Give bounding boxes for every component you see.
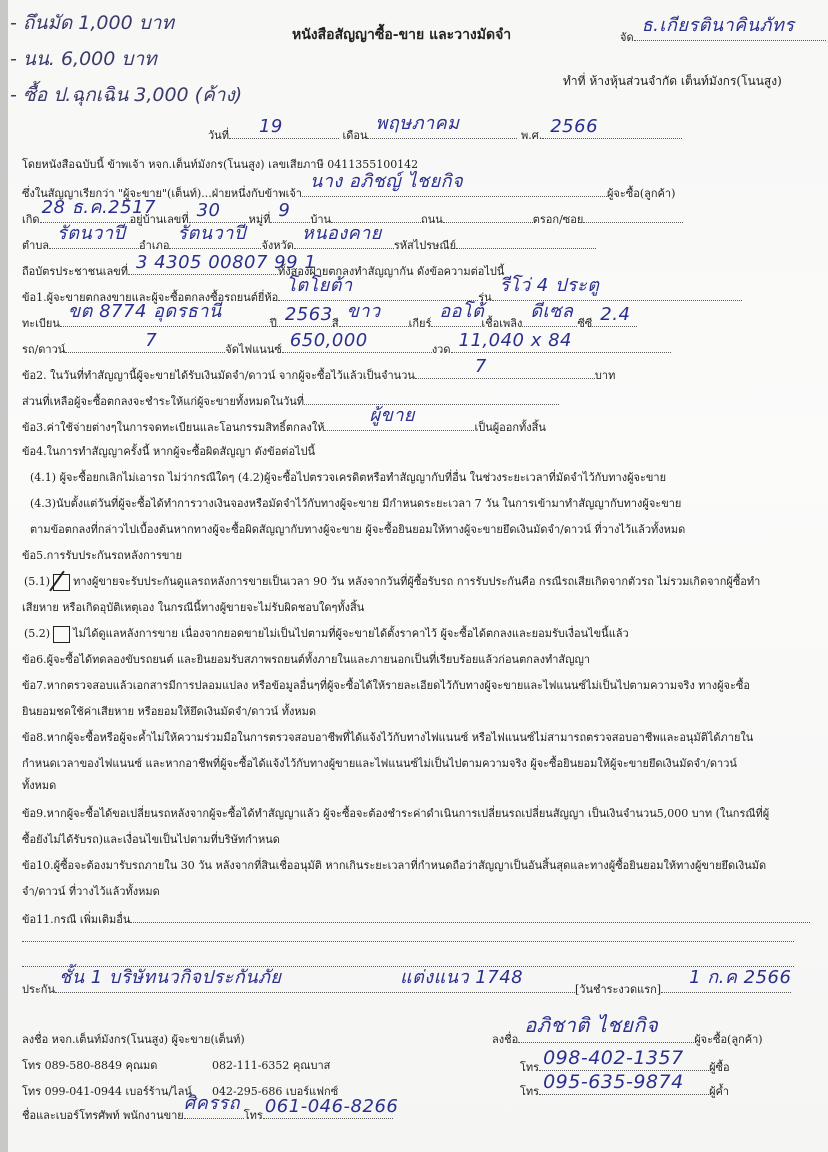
page-edge-shadow <box>0 0 8 1152</box>
clause8c-text: ทั้งหมด <box>22 776 56 794</box>
brand-value: โตโยต้า <box>286 270 352 299</box>
first-payment-label: [วันชำระงวดแรก] <box>575 983 661 996</box>
buyer-signature-row: ลงชื่ออภิชาติ ไชยกิจผู้จะซื้อ(ลูกค้า) <box>492 1028 763 1048</box>
clause5-text: ข้อ5.การรับประกันรถหลังการขาย <box>22 546 182 564</box>
cc-label: ซีซี <box>577 317 592 330</box>
insurance-value: ชั้น 1 บริษัทนวกิจประกันภัย <box>59 962 281 991</box>
clause5-1-text: ทางผู้ขายจะรับประกันดูแลรถหลังการขายเป็น… <box>73 575 760 588</box>
tambon-value: รัตนวาปี <box>57 218 125 247</box>
clause7-text: ข้อ7.หากตรวจสอบแล้วเอกสารมีการปลอมแปลง ห… <box>22 676 750 694</box>
salesperson-label: ชื่อและเบอร์โทรศัพท์ พนักงานขาย <box>22 1109 184 1122</box>
amphoe-value: รัตนวาปี <box>177 218 245 247</box>
margin-note-3: - ซื้อ ป.ฉุกเฉิน 3,000 (ค้าง) <box>10 80 242 110</box>
born-value: 28 ธ.ค.2517 <box>42 192 156 221</box>
road-label: ถนน <box>421 213 443 226</box>
clause9-text: ข้อ9.หากผู้จะซื้อได้ขอเปลี่ยนรถหลังจากผู… <box>22 804 769 822</box>
clause5-2-text: ไม่ได้ดูแลหลังการขาย เนื่องจากยอดขายไม่เ… <box>73 627 629 640</box>
buyer-signature: อภิชาติ ไชยกิจ <box>524 1009 658 1041</box>
address-row-2: ตำบลรัตนวาปีอำเภอรัตนวาปีจังหวัดหนองคายร… <box>22 234 596 254</box>
finance-row: รถ/ดาวน์7จัดไฟแนนซ์650,000งวด11,040 x 84 <box>22 338 671 358</box>
salesperson-row: ชื่อและเบอร์โทรศัพท์ พนักงานขายศิครรถโทร… <box>22 1104 393 1124</box>
deposit-value: 7 <box>475 356 487 377</box>
buyer-tel-label: โทร <box>520 1061 539 1074</box>
place-label: ทำที่ ห้างหุ้นส่วนจำกัด เต็นท์มังกร(โนนส… <box>563 72 782 91</box>
gear-value: ออโต้ <box>439 296 484 325</box>
margin-note-1: - ถึนมัด 1,000 บาท <box>10 8 174 38</box>
clause2b-row: ส่วนที่เหลือผู้จะซื้อตกลงจะชำระให้แก่ผู้… <box>22 390 559 410</box>
clause3-row: ข้อ3.ค่าใช้จ่ายต่างๆในการจดทะเบียนและโอน… <box>22 416 546 436</box>
clause4-3b-text: ตามข้อตกลงที่กล่าวไปเบื้องต้นหากทางผู้จะ… <box>30 520 685 538</box>
province-label: จังหวัด <box>261 239 293 252</box>
clause5-1-row: (5.1)ทางผู้ขายจะรับประกันดูแลรถหลังการขา… <box>24 572 760 591</box>
clause11-label: ข้อ11.กรณี เพิ่มเติมอื่น <box>22 913 130 926</box>
jad-label: จัด <box>620 31 634 44</box>
year-value: 2566 <box>550 116 598 137</box>
moo-value: 9 <box>278 200 290 221</box>
jad-value: ธ.เกียรตินาคินภัทร <box>642 10 795 39</box>
id-row: ถือบัตรประชาชนเลขที่3 4305 00807 99 1ทั้… <box>22 260 504 280</box>
clause5-2-row: (5.2)ไม่ได้ดูแลหลังการขาย เนื่องจากยอดขา… <box>24 624 629 643</box>
clause6-text: ข้อ6.ผู้จะซื้อได้ทดลองขับรถยนต์ และยินยอ… <box>22 650 590 668</box>
clause2-text: ข้อ2. ในวันที่ทำสัญญานี้ผู้จะขายได้รับเง… <box>22 369 415 382</box>
registration-row: ทะเบียนขต 8774 อุดรธานีปี2563สีขาวเกียร์… <box>22 312 637 332</box>
postcode-label: รหัสไปรษณีย์ <box>394 239 456 252</box>
jad-field: จัดธ.เกียรตินาคินภัทร <box>620 26 826 46</box>
clause9b-text: ซื้อยังไม่ได้รับรถ)และเงื่อนไขเป็นไปตามท… <box>22 830 280 848</box>
month-value: พฤษภาคม <box>375 108 459 137</box>
buyer-sign-suffix: ผู้จะซื้อ(ลูกค้า) <box>694 1033 762 1046</box>
clause3-suffix: เป็นผู้ออกทั้งสิ้น <box>474 421 545 434</box>
date-row: วันที่19 เดือนพฤษภาคม พ.ศ.2566 <box>208 124 682 144</box>
guarantor-tel-value: 095-635-9874 <box>543 1071 684 1093</box>
seller-tel-2: 082-111-6352 คุณบาส <box>212 1056 330 1074</box>
clause3-text: ข้อ3.ค่าใช้จ่ายต่างๆในการจดทะเบียนและโอน… <box>22 421 324 434</box>
clause2-row: ข้อ2. ในวันที่ทำสัญญานี้ผู้จะขายได้รับเง… <box>22 364 615 384</box>
fuel-label: เชื้อเพลิง <box>481 317 522 330</box>
salesperson-name: ศิครรถ <box>184 1088 240 1117</box>
down-label: รถ/ดาวน์ <box>22 343 65 356</box>
color-value: ขาว <box>347 296 381 325</box>
buyer-sign-label: ลงชื่อ <box>492 1033 518 1046</box>
vehicle-year-value: 2563 <box>285 304 333 325</box>
salesperson-tel-label: โทร <box>244 1109 263 1122</box>
install-label: งวด <box>432 343 451 356</box>
fuel-value: ดีเซล <box>530 296 573 325</box>
day-label: วันที่ <box>208 129 229 142</box>
clause11-row: ข้อ11.กรณี เพิ่มเติมอื่น <box>22 908 810 928</box>
buyer-name: นาง อภิชญ์ ไชยกิจ <box>310 166 463 195</box>
color-label: สี <box>332 317 339 330</box>
month-label: เดือน <box>342 129 367 142</box>
id-label: ถือบัตรประชาชนเลขที่ <box>22 265 128 278</box>
fee-payer-value: ผู้ขาย <box>369 400 415 429</box>
clause5-1-label: (5.1) <box>24 575 50 588</box>
soi-label: ตรอก/ซอย <box>533 213 584 226</box>
moo-label: หมู่ที่ <box>249 213 271 226</box>
install-value: 11,040 x 84 <box>459 330 572 351</box>
document-title: หนังสือสัญญาซื้อ-ขาย และวางมัดจำ <box>292 24 511 46</box>
seller-tel-1: โทร 089-580-8849 คุณมด <box>22 1056 157 1074</box>
gear-label: เกียร์ <box>409 317 432 330</box>
year-label: พ.ศ. <box>521 129 542 142</box>
guarantor-tel-suffix: ผู้ค้ำ <box>709 1085 729 1098</box>
clause8-text: ข้อ8.หากผู้จะซื้อหรือผู้จะค้ำไม่ให้ความร… <box>22 728 753 746</box>
warranty-90-days-checkbox[interactable] <box>53 574 70 591</box>
clause11-extra-line-1 <box>22 941 794 942</box>
insurance-label: ประกัน <box>22 983 55 996</box>
finance-value: 650,000 <box>290 330 368 351</box>
down-value: 7 <box>145 330 157 351</box>
clause5-2-label: (5.2) <box>24 627 50 640</box>
insurance-value-2: แต่งแนว 1748 <box>400 962 523 991</box>
seller-tel-3: โทร 099-041-0944 เบอร์ร้าน/ไลน์ <box>22 1082 192 1100</box>
reg-label: ทะเบียน <box>22 317 60 330</box>
insurance-row: ประกันชั้น 1 บริษัทนวกิจประกันภัยแต่งแนว… <box>22 978 791 998</box>
day-value: 19 <box>259 116 283 137</box>
model-value: รีโว่ 4 ประตู <box>500 270 600 299</box>
buyer-tel-suffix: ผู้ซื้อ <box>709 1061 730 1074</box>
baht-label: บาท <box>595 369 615 382</box>
contract-page: - ถึนมัด 1,000 บาท - นน. 6,000 บาท - ซื้… <box>8 0 828 1152</box>
finance-label: จัดไฟแนนซ์ <box>225 343 282 356</box>
guarantor-tel-row: โทร095-635-9874ผู้ค้ำ <box>520 1080 729 1100</box>
clause2b-text: ส่วนที่เหลือผู้จะซื้อตกลงจะชำระให้แก่ผู้… <box>22 395 304 408</box>
cc-value: 2.4 <box>600 304 630 325</box>
clause10b-text: จำ/ดาวน์ ที่วางไว้แล้วทั้งหมด <box>22 882 160 900</box>
tambon-label: ตำบล <box>22 239 49 252</box>
clause4-3-text: (4.3)นับตั้งแต่วันที่ผู้จะซื้อได้ทำการวา… <box>30 494 681 512</box>
year-label: ปี <box>270 317 277 330</box>
clause4-text: ข้อ4.ในการทำสัญญาครั้งนี้ หากผู้จะซื้อผิ… <box>22 442 315 460</box>
guarantor-tel-label: โทร <box>520 1085 539 1098</box>
buyer-tel-value: 098-402-1357 <box>543 1047 684 1069</box>
no-warranty-checkbox[interactable] <box>53 626 70 643</box>
buyer-suffix: ผู้จะซื้อ(ลูกค้า) <box>607 187 675 200</box>
clause7b-text: ยินยอมชดใช้ค่าเสียหาย หรือยอมให้ยึดเงินม… <box>22 702 316 720</box>
clause5-1b-text: เสียหาย หรือเกิดอุบัติเหตุเอง ในกรณีนี้ท… <box>22 598 364 616</box>
reg-value: ขต 8774 อุดรธานี <box>68 296 222 325</box>
born-label: เกิด <box>22 213 40 226</box>
amphoe-label: อำเภอ <box>139 239 169 252</box>
salesperson-tel: 061-046-8266 <box>265 1096 399 1117</box>
clause8b-text: กำหนดเวลาของไฟแนนซ์ และหากอาชีพที่ผู้จะซ… <box>22 754 737 772</box>
first-payment-value: 1 ก.ค 2566 <box>689 962 791 991</box>
margin-note-2: - นน. 6,000 บาท <box>10 44 157 74</box>
seller-signature-line: ลงชื่อ หจก.เต็นท์มังกร(โนนสูง) ผู้จะขาย(… <box>22 1030 245 1048</box>
clause10-text: ข้อ10.ผู้ซื้อจะต้องมารับรถภายใน 30 วัน ห… <box>22 856 766 874</box>
clause4-1-text: (4.1) ผู้จะซื้อยกเลิกไม่เอารถ ไม่ว่ากรณี… <box>30 468 666 486</box>
province-value: หนองคาย <box>302 218 382 247</box>
